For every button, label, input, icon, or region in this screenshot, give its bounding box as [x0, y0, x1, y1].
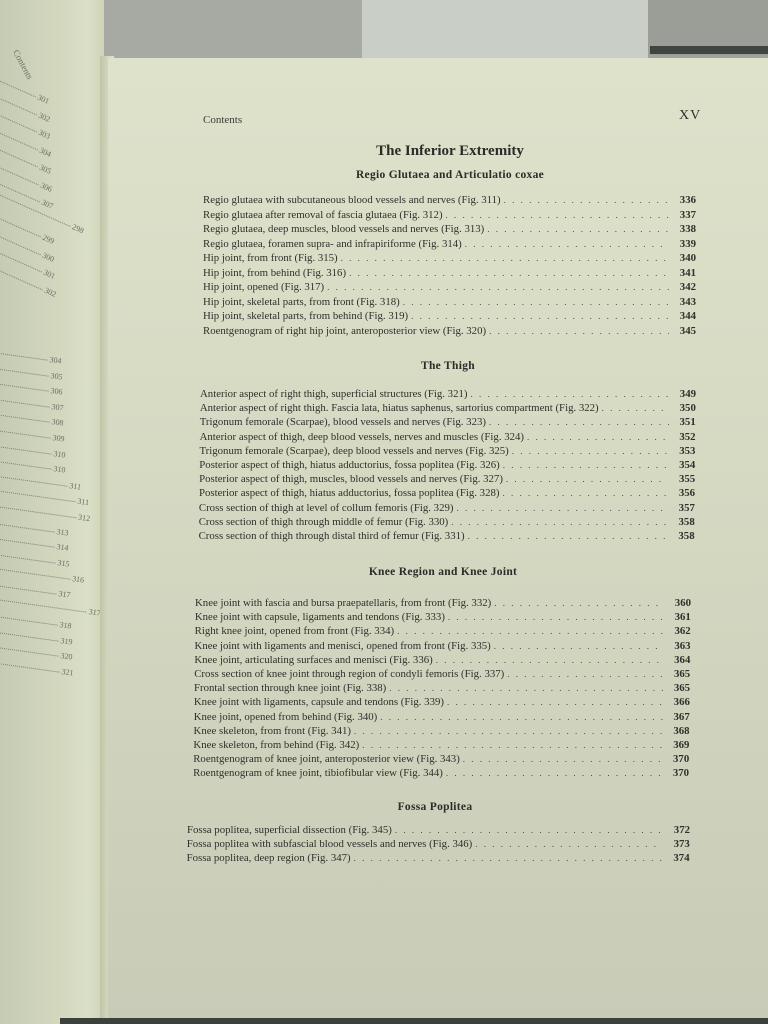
toc-entry-page: 361	[667, 611, 691, 624]
toc-entry: Cross section of thigh through distal th…	[199, 530, 695, 543]
toc-entry-title: Trigonum femorale (Scarpae), deep blood …	[199, 445, 508, 458]
toc-entry-title: Roentgenogram of knee joint, anteroposte…	[193, 753, 460, 766]
toc-entry-page: 368	[666, 725, 690, 738]
toc-entry-page: 357	[671, 502, 695, 515]
toc-entry-page: 358	[671, 516, 695, 529]
toc-entry: Knee joint, opened from behind (Fig. 340…	[194, 711, 690, 724]
dot-leader	[397, 625, 664, 638]
toc-entry-title: Fossa poplitea, deep region (Fig. 347)	[187, 852, 351, 865]
part-title: The Inferior Extremity	[205, 143, 695, 160]
toc-entry-title: Knee joint with ligaments and menisci, o…	[195, 640, 491, 653]
toc-entry-title: Right knee joint, opened from front (Fig…	[195, 625, 394, 638]
toc-entry: Posterior aspect of thigh, hiatus adduct…	[199, 459, 695, 472]
toc-entry-title: Anterior aspect of right thigh. Fascia l…	[200, 402, 599, 415]
dot-leader	[527, 431, 669, 444]
dot-leader	[503, 459, 669, 472]
section-title: Knee Region and Knee Joint	[198, 566, 688, 578]
toc-entry-page: 369	[665, 739, 689, 752]
toc-entry-page: 344	[672, 310, 696, 323]
toc-entry-title: Fossa poplitea with subfascial blood ves…	[187, 838, 472, 851]
toc-entry-title: Anterior aspect of right thigh, superfic…	[200, 388, 467, 401]
toc-entry-page: 336	[672, 194, 696, 207]
toc-entry: Fossa poplitea, superficial dissection (…	[187, 824, 690, 837]
dot-leader	[341, 252, 669, 265]
toc-entry-title: Knee joint with capsule, ligaments and t…	[195, 611, 445, 624]
toc-entry-page: 340	[672, 252, 696, 265]
toc-entry-page: 339	[672, 238, 696, 251]
dot-leader	[395, 824, 663, 837]
dot-leader	[507, 668, 663, 681]
dot-leader	[456, 502, 667, 515]
toc-entry-title: Cross section of knee joint through regi…	[194, 668, 504, 681]
dot-leader	[446, 209, 669, 222]
toc-entry: Knee joint, articulating surfaces and me…	[194, 654, 690, 667]
toc-entry-title: Roentgenogram of knee joint, tibiofibula…	[193, 767, 443, 780]
toc-entry-page: 370	[665, 767, 689, 780]
dot-leader	[354, 852, 663, 865]
toc-entry-page: 364	[666, 654, 690, 667]
toc-entry-title: Hip joint, from behind (Fig. 316)	[203, 267, 346, 280]
toc-entry-page: 358	[671, 530, 695, 543]
toc-entry-title: Cross section of thigh at level of collu…	[199, 502, 454, 515]
toc-entry-page: 372	[666, 824, 690, 837]
toc-entry-title: Knee joint, articulating surfaces and me…	[194, 654, 432, 667]
dot-leader	[451, 516, 668, 529]
dot-leader	[494, 597, 664, 610]
toc-entry-title: Knee joint with ligaments, capsule and t…	[194, 696, 444, 709]
dot-leader	[475, 838, 663, 851]
toc-entry: Knee skeleton, from front (Fig. 341)368	[194, 725, 690, 738]
toc-entry-page: 366	[666, 696, 690, 709]
toc-entry-page: 370	[665, 753, 689, 766]
toc-entry-title: Knee skeleton, from front (Fig. 341)	[194, 725, 351, 738]
toc-entry-title: Knee joint with fascia and bursa praepat…	[195, 597, 491, 610]
toc-entry-title: Regio glutaea, foramen supra- and infrap…	[203, 238, 462, 251]
toc-entry-page: 345	[672, 325, 696, 338]
dot-leader	[389, 682, 663, 695]
section-title: The Thigh	[203, 360, 693, 372]
toc-entry-page: 350	[672, 402, 696, 415]
toc-entry-title: Regio glutaea, deep muscles, blood vesse…	[203, 223, 484, 236]
toc-entry-page: 337	[672, 209, 696, 222]
toc-entry-page: 374	[666, 852, 690, 865]
dot-leader	[494, 640, 664, 653]
toc-entry: Knee joint with capsule, ligaments and t…	[195, 611, 691, 624]
section-title: Fossa Poplitea	[190, 801, 680, 813]
toc-entry: Cross section of thigh at level of collu…	[199, 502, 695, 515]
toc-entry-title: Posterior aspect of thigh, hiatus adduct…	[199, 459, 499, 472]
toc-entry: Roentgenogram of knee joint, anteroposte…	[193, 753, 689, 766]
dot-leader	[403, 296, 669, 309]
toc-entry: Regio glutaea after removal of fascia gl…	[203, 209, 696, 222]
toc-entry-title: Hip joint, opened (Fig. 317)	[203, 281, 324, 294]
toc-entry-title: Fossa poplitea, superficial dissection (…	[187, 824, 392, 837]
toc-entry-title: Posterior aspect of thigh, muscles, bloo…	[199, 473, 503, 486]
page-number: XV	[679, 108, 701, 124]
dot-leader	[489, 416, 669, 429]
toc-entry-page: 354	[671, 459, 695, 472]
toc-entry-page: 341	[672, 267, 696, 280]
toc-entry: Posterior aspect of thigh, muscles, bloo…	[199, 473, 695, 486]
toc-entry: Roentgenogram of right hip joint, antero…	[203, 325, 696, 338]
toc-entry-page: 365	[666, 682, 690, 695]
dot-leader	[446, 767, 662, 780]
toc-entry-page: 353	[671, 445, 695, 458]
dot-leader	[463, 753, 662, 766]
toc-entry-title: Regio glutaea with subcutaneous blood ve…	[203, 194, 501, 207]
toc-entry: Knee joint with ligaments, capsule and t…	[194, 696, 690, 709]
toc-entry: Hip joint, from behind (Fig. 316)341	[203, 267, 696, 280]
dot-leader	[380, 711, 662, 724]
toc-entry: Cross section of thigh through middle of…	[199, 516, 695, 529]
toc-entry-page: 365	[666, 668, 690, 681]
toc-entry: Roentgenogram of knee joint, tibiofibula…	[193, 767, 689, 780]
toc-entry-title: Hip joint, skeletal parts, from behind (…	[203, 310, 408, 323]
toc-entry-page: 367	[666, 711, 690, 724]
dot-leader	[504, 194, 669, 207]
toc-entry-page: 360	[667, 597, 691, 610]
toc-entry: Regio glutaea with subcutaneous blood ve…	[203, 194, 696, 207]
toc-entry-title: Hip joint, from front (Fig. 315)	[203, 252, 338, 265]
toc-entry: Trigonum femorale (Scarpae), blood vesse…	[200, 416, 696, 429]
section-title: Regio Glutaea and Articulatio coxae	[205, 169, 695, 181]
dot-leader	[487, 223, 669, 236]
toc-entry-page: 349	[672, 388, 696, 401]
dot-leader	[468, 530, 668, 543]
toc-entry-page: 352	[672, 431, 696, 444]
toc-entry: Knee joint with ligaments and menisci, o…	[195, 640, 691, 653]
toc-entry-page: 351	[672, 416, 696, 429]
toc-entry-title: Cross section of thigh through distal th…	[199, 530, 465, 543]
dot-leader	[465, 238, 669, 251]
dot-leader	[447, 696, 663, 709]
toc-entry: Knee skeleton, from behind (Fig. 342)369	[193, 739, 689, 752]
toc-entry-page: 343	[672, 296, 696, 309]
dot-leader	[602, 402, 669, 415]
dot-leader	[512, 445, 669, 458]
toc-entry-page: 363	[667, 640, 691, 653]
toc-entry: Fossa poplitea, deep region (Fig. 347)37…	[187, 852, 690, 865]
dot-leader	[327, 281, 669, 294]
toc-entry: Frontal section through knee joint (Fig.…	[194, 682, 690, 695]
toc-entry: Hip joint, skeletal parts, from behind (…	[203, 310, 696, 323]
toc-entry-title: Regio glutaea after removal of fascia gl…	[203, 209, 443, 222]
toc-entry-page: 342	[672, 281, 696, 294]
toc-entry: Anterior aspect of thigh, deep blood ves…	[200, 431, 696, 444]
toc-entry-title: Posterior aspect of thigh, hiatus adduct…	[199, 487, 499, 500]
toc-entry: Regio glutaea, foramen supra- and infrap…	[203, 238, 696, 251]
toc-entry-page: 355	[671, 473, 695, 486]
toc-entry: Right knee joint, opened from front (Fig…	[195, 625, 691, 638]
right-page-content: Contents XV The Inferior Extremity Regio…	[0, 0, 768, 1024]
toc-entry-page: 362	[667, 625, 691, 638]
dot-leader	[489, 325, 669, 338]
toc-entry: Hip joint, from front (Fig. 315)340	[203, 252, 696, 265]
toc-entry: Cross section of knee joint through regi…	[194, 668, 690, 681]
toc-entry-title: Trigonum femorale (Scarpae), blood vesse…	[200, 416, 486, 429]
dot-leader	[502, 487, 668, 500]
toc-entry-title: Knee skeleton, from behind (Fig. 342)	[193, 739, 359, 752]
toc-entry: Hip joint, skeletal parts, from front (F…	[203, 296, 696, 309]
dot-leader	[354, 725, 663, 738]
toc-entry-title: Cross section of thigh through middle of…	[199, 516, 449, 529]
toc-entry: Regio glutaea, deep muscles, blood vesse…	[203, 223, 696, 236]
toc-entry: Knee joint with fascia and bursa praepat…	[195, 597, 691, 610]
toc-entry-title: Knee joint, opened from behind (Fig. 340…	[194, 711, 378, 724]
dot-leader	[362, 739, 662, 752]
toc-entry: Anterior aspect of right thigh. Fascia l…	[200, 402, 696, 415]
toc-entry: Anterior aspect of right thigh, superfic…	[200, 388, 696, 401]
dot-leader	[470, 388, 669, 401]
toc-entry-title: Roentgenogram of right hip joint, antero…	[203, 325, 486, 338]
toc-entry: Hip joint, opened (Fig. 317)342	[203, 281, 696, 294]
dot-leader	[349, 267, 669, 280]
toc-entry: Trigonum femorale (Scarpae), deep blood …	[199, 445, 695, 458]
toc-entry-page: 356	[671, 487, 695, 500]
toc-entry-page: 338	[672, 223, 696, 236]
dot-leader	[448, 611, 664, 624]
toc-entry-title: Hip joint, skeletal parts, from front (F…	[203, 296, 400, 309]
dot-leader	[506, 473, 668, 486]
toc-entry-title: Frontal section through knee joint (Fig.…	[194, 682, 386, 695]
dot-leader	[411, 310, 669, 323]
toc-entry-title: Anterior aspect of thigh, deep blood ves…	[200, 431, 524, 444]
toc-entry: Posterior aspect of thigh, hiatus adduct…	[199, 487, 695, 500]
toc-entry-page: 373	[666, 838, 690, 851]
running-head: Contents	[203, 114, 242, 126]
dot-leader	[436, 654, 664, 667]
toc-entry: Fossa poplitea with subfascial blood ves…	[187, 838, 690, 851]
